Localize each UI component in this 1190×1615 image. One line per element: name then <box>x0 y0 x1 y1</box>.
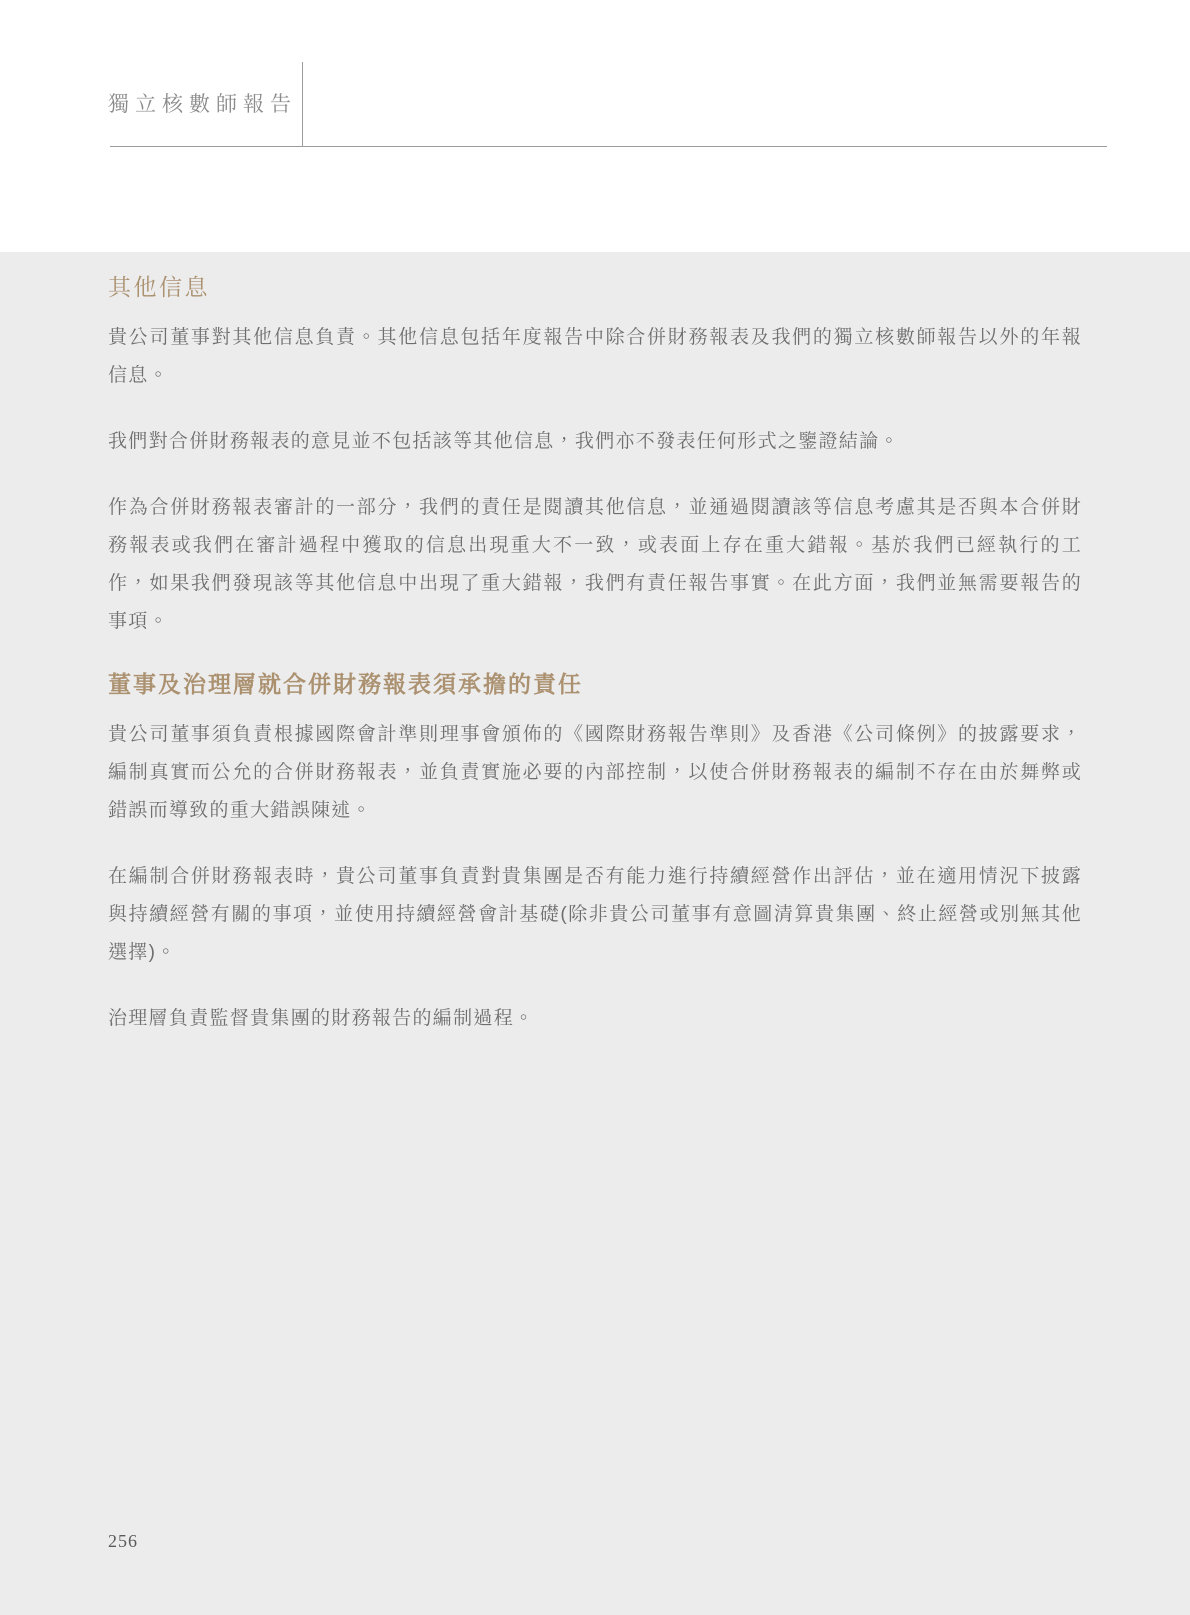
section-heading-other-information: 其他信息 <box>108 272 1082 302</box>
section-directors-responsibilities: 董事及治理層就合併財務報表須承擔的責任 貴公司董事須負責根據國際會計準則理事會頒… <box>108 669 1082 1038</box>
page-number: 256 <box>108 1531 138 1552</box>
report-title: 獨立核數師報告 <box>108 88 297 118</box>
paragraph-other-info-1: 貴公司董事對其他信息負責。其他信息包括年度報告中除合併財務報表及我們的獨立核數師… <box>108 319 1082 395</box>
paragraph-other-info-3: 作為合併財務報表審計的一部分，我們的責任是閱讀其他信息，並通過閱讀該等信息考慮其… <box>108 489 1082 641</box>
paragraph-directors-3: 治理層負責監督貴集團的財務報告的編制過程。 <box>108 1000 1082 1038</box>
section-other-information: 其他信息 貴公司董事對其他信息負責。其他信息包括年度報告中除合併財務報表及我們的… <box>108 272 1082 641</box>
section-heading-directors-responsibilities: 董事及治理層就合併財務報表須承擔的責任 <box>108 669 1082 699</box>
page-header: 獨立核數師報告 <box>0 0 1190 252</box>
paragraph-other-info-2: 我們對合併財務報表的意見並不包括該等其他信息，我們亦不發表任何形式之鑒證結論。 <box>108 423 1082 461</box>
header-vertical-divider <box>302 62 303 147</box>
header-horizontal-rule <box>110 146 1107 147</box>
paragraph-directors-2: 在編制合併財務報表時，貴公司董事負責對貴集團是否有能力進行持續經營作出評估，並在… <box>108 858 1082 972</box>
paragraph-directors-1: 貴公司董事須負責根據國際會計準則理事會頒佈的《國際財務報告準則》及香港《公司條例… <box>108 716 1082 830</box>
content-area: 其他信息 貴公司董事對其他信息負責。其他信息包括年度報告中除合併財務報表及我們的… <box>0 252 1190 1615</box>
